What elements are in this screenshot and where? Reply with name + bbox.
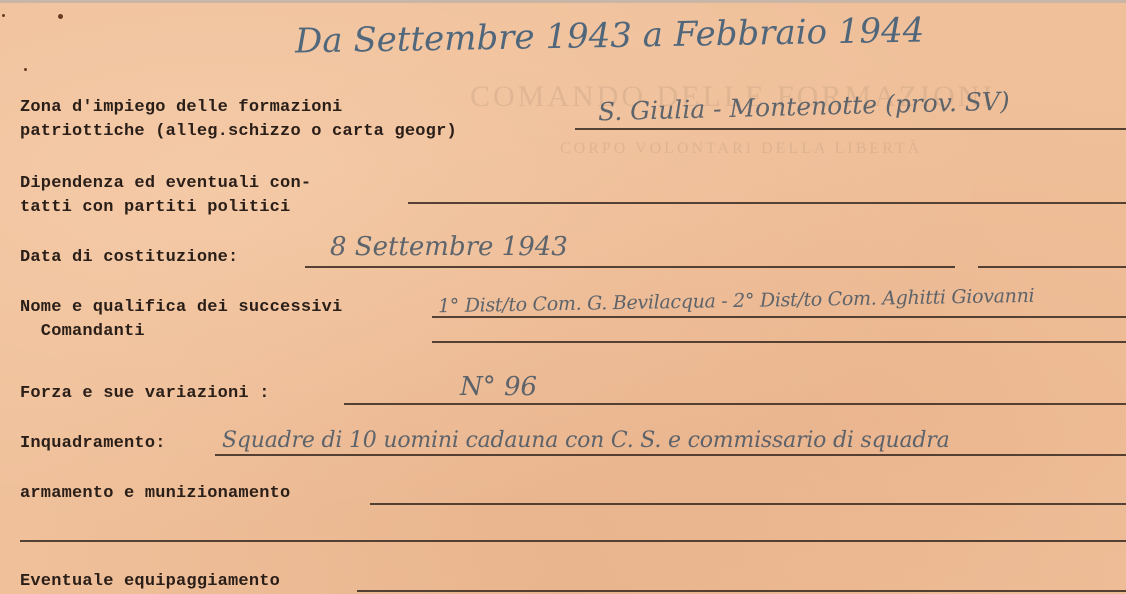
commanders-value[interactable]: 1° Dist/to Com. G. Bevilacqua - 2° Dist/… <box>438 285 1035 317</box>
founding-date-value[interactable]: 8 Settembre 1943 <box>330 232 568 262</box>
founding-date-line-extra <box>978 266 1126 268</box>
armament-line-2 <box>20 540 1126 542</box>
date-range-note: Da Settembre 1943 a Febbraio 1944 <box>295 11 925 62</box>
armament-line-1 <box>370 503 1126 505</box>
zone-line <box>575 128 1126 130</box>
founding-date-label: Data di costituzione: <box>20 246 238 270</box>
commanders-line-2 <box>432 341 1126 343</box>
strength-value[interactable]: N° 96 <box>460 372 537 402</box>
organization-value[interactable]: Squadre di 10 uomini cadauna con C. S. e… <box>222 428 950 453</box>
strength-line <box>344 403 1126 405</box>
ink-spot <box>58 14 63 19</box>
organization-label: Inquadramento: <box>20 432 166 456</box>
ink-spot <box>2 14 5 17</box>
commanders-line-1 <box>432 316 1126 318</box>
dependency-label-line2: tatti con partiti politici <box>20 196 290 220</box>
founding-date-line <box>305 266 955 268</box>
commanders-label-line1: Nome e qualifica dei successivi <box>20 296 342 320</box>
equipment-line <box>357 590 1126 592</box>
dependency-line <box>408 202 1126 204</box>
ink-spot <box>24 68 27 71</box>
zone-label-line2: patriottiche (alleg.schizzo o carta geog… <box>20 120 457 144</box>
show-through-subtitle: CORPO VOLONTARI DELLA LIBERTÀ <box>560 140 922 158</box>
organization-line <box>215 454 1126 456</box>
paper-top-edge <box>0 0 1126 3</box>
strength-label: Forza e sue variazioni : <box>20 382 270 406</box>
zone-label-line1: Zona d'impiego delle formazioni <box>20 96 342 120</box>
commanders-label-line2: Comandanti <box>20 320 145 344</box>
armament-label: armamento e munizionamento <box>20 482 290 506</box>
equipment-label: Eventuale equipaggiamento <box>20 570 280 594</box>
dependency-label-line1: Dipendenza ed eventuali con- <box>20 172 311 196</box>
